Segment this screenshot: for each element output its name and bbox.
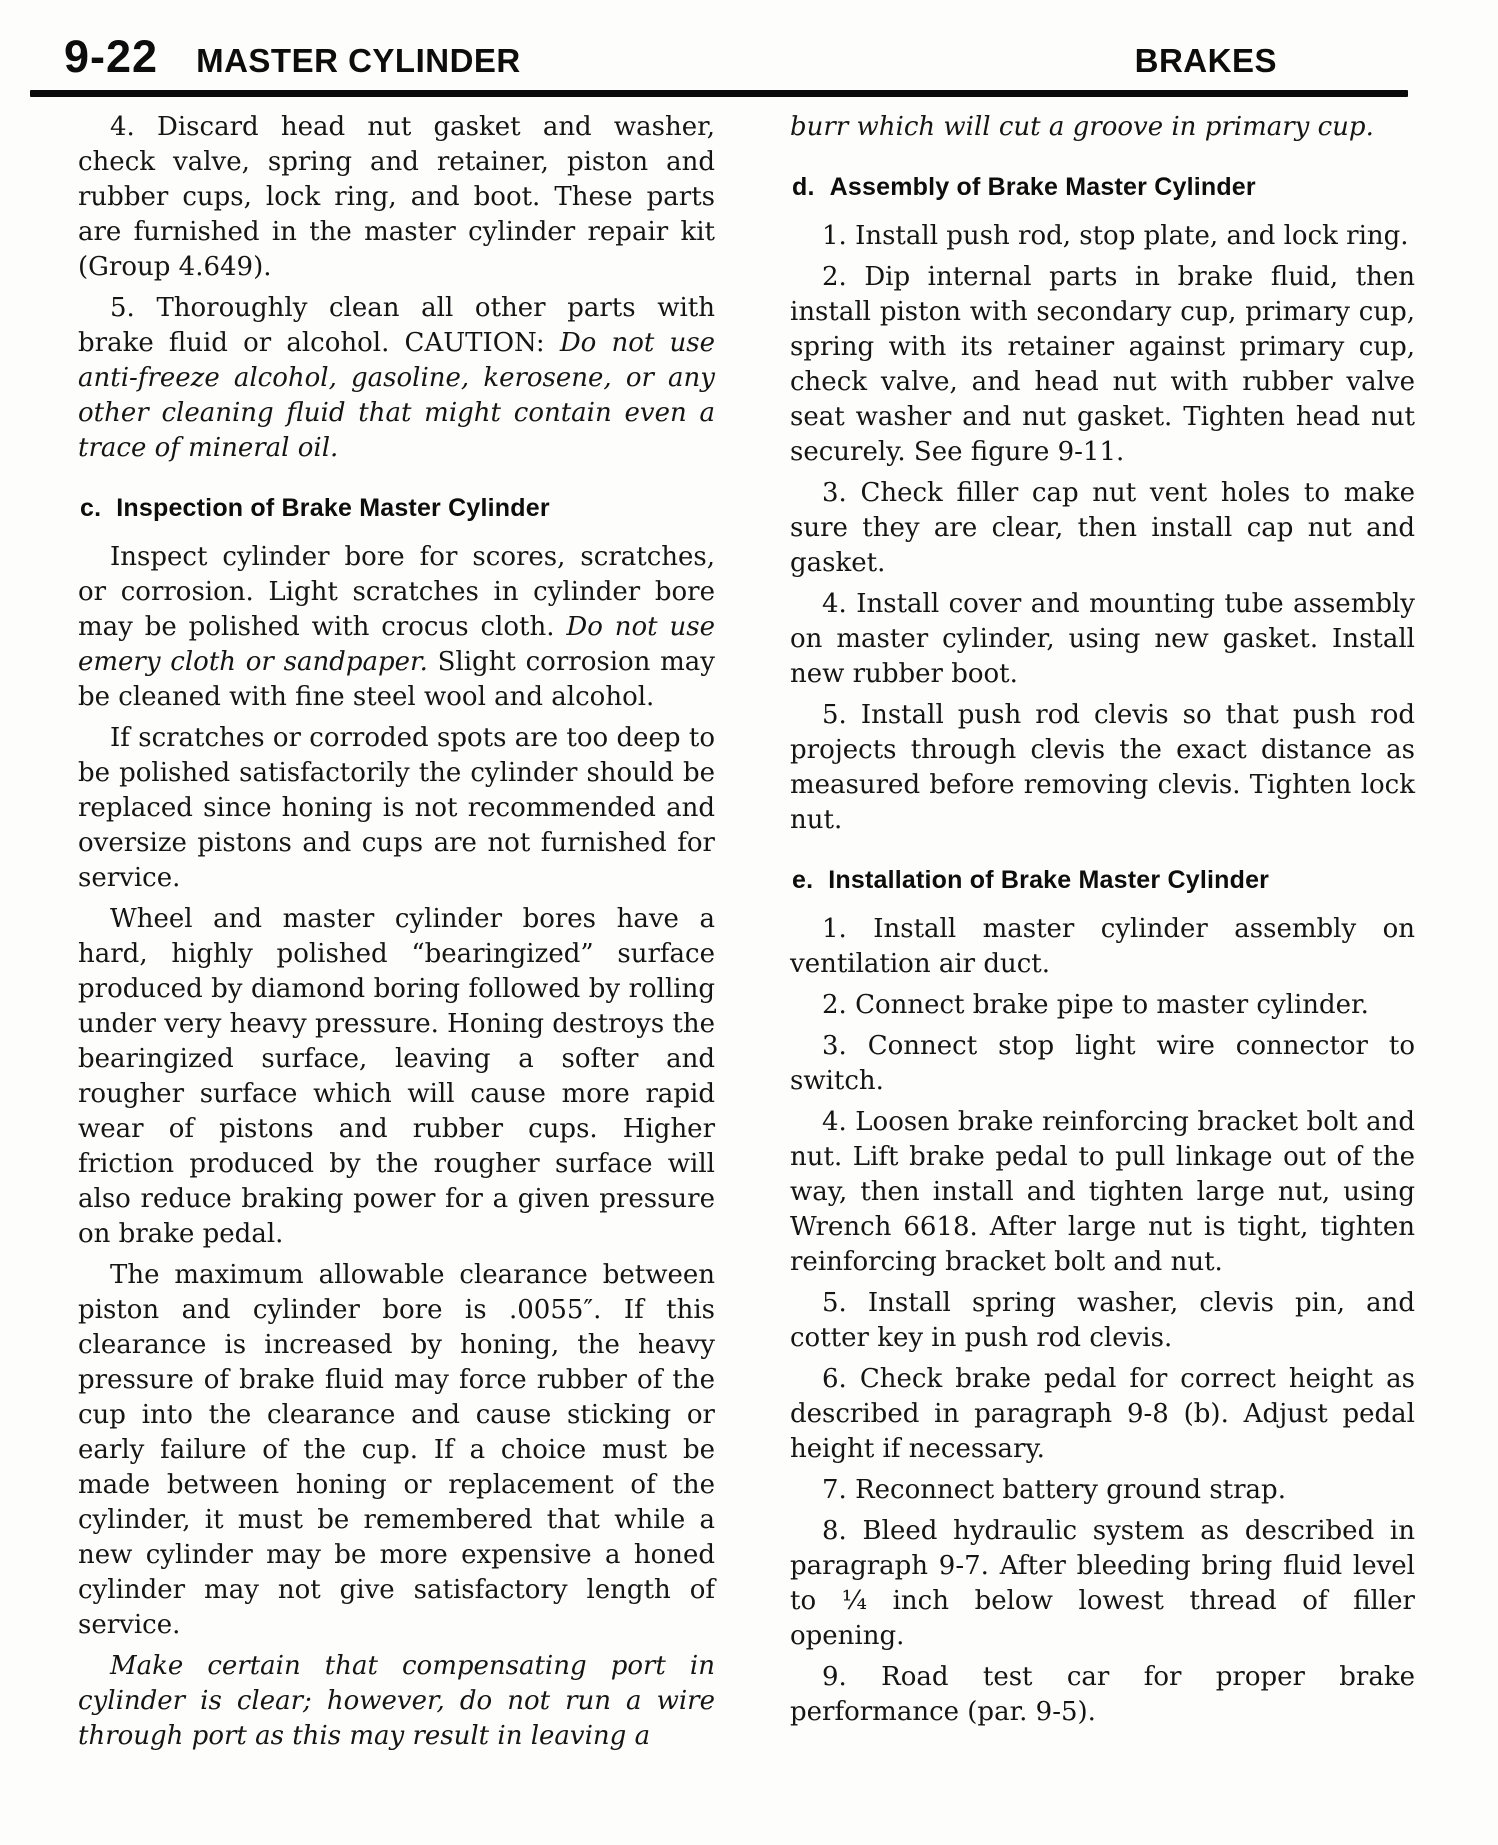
- heading-letter: e.: [792, 866, 813, 894]
- installation-step: 9. Road test car for proper brake perfor…: [790, 1660, 1415, 1730]
- assembly-step: 3. Check filler cap nut vent holes to ma…: [790, 476, 1415, 581]
- paragraph-text: 5. Install push rod clevis so that push …: [790, 700, 1415, 835]
- assembly-step: 2. Dip internal parts in brake fluid, th…: [790, 260, 1415, 470]
- installation-step: 1. Install master cylinder assembly on v…: [790, 912, 1415, 982]
- page-columns: 4. Discard head nut gasket and washer, c…: [0, 97, 1498, 1760]
- installation-step: 5. Install spring washer, clevis pin, an…: [790, 1286, 1415, 1356]
- heading-text: Installation of Brake Master Cylinder: [828, 866, 1269, 894]
- installation-step: 4. Loosen brake reinforcing bracket bolt…: [790, 1105, 1415, 1280]
- assembly-step: 1. Install push rod, stop plate, and loc…: [790, 219, 1415, 254]
- heading-letter: c.: [80, 494, 101, 522]
- heading-text: Assembly of Brake Master Cylinder: [830, 173, 1256, 201]
- clearance-paragraph: The maximum allowable clearance between …: [78, 1258, 715, 1643]
- paragraph-text: 7. Reconnect battery ground strap.: [822, 1475, 1286, 1505]
- left-column: 4. Discard head nut gasket and washer, c…: [78, 110, 715, 1760]
- paragraph-text: 1. Install push rod, stop plate, and loc…: [822, 221, 1409, 251]
- paragraph-text: 8. Bleed hydraulic system as described i…: [790, 1516, 1415, 1651]
- page-header: 9-22 MASTER CYLINDER BRAKES: [0, 0, 1498, 79]
- paragraph-text: Wheel and master cylinder bores have a h…: [78, 904, 715, 1249]
- step-paragraph-4: 4. Discard head nut gasket and washer, c…: [78, 110, 715, 285]
- step-paragraph-5: 5. Thoroughly clean all other parts with…: [78, 291, 715, 466]
- installation-step: 3. Connect stop light wire connector to …: [790, 1029, 1415, 1099]
- paragraph-text: 6. Check brake pedal for correct height …: [790, 1364, 1415, 1464]
- heading-inspection: c.Inspection of Brake Master Cylinder: [80, 492, 715, 525]
- inspection-paragraph: Inspect cylinder bore for scores, scratc…: [78, 540, 715, 715]
- installation-step: 2. Connect brake pipe to master cylinder…: [790, 988, 1415, 1023]
- paragraph-text: 2. Connect brake pipe to master cylinder…: [822, 990, 1369, 1020]
- paragraph-text: 4. Discard head nut gasket and washer, c…: [78, 112, 715, 282]
- page-number: 9-22: [64, 34, 158, 79]
- heading-assembly: d.Assembly of Brake Master Cylinder: [792, 171, 1415, 204]
- installation-step: 8. Bleed hydraulic system as described i…: [790, 1514, 1415, 1654]
- installation-step: 7. Reconnect battery ground strap.: [790, 1473, 1415, 1508]
- paragraph-text: 3. Check filler cap nut vent holes to ma…: [790, 478, 1415, 578]
- paragraph-text: 4. Loosen brake reinforcing bracket bolt…: [790, 1107, 1415, 1277]
- paragraph-text: 3. Connect stop light wire connector to …: [790, 1031, 1415, 1096]
- right-column: burr which will cut a groove in primary …: [790, 110, 1415, 1760]
- heading-installation: e.Installation of Brake Master Cylinder: [792, 864, 1415, 897]
- compensating-port-note: Make certain that compensating port in c…: [78, 1649, 715, 1754]
- burr-continuation-note: burr which will cut a groove in primary …: [790, 110, 1415, 145]
- heading-text: Inspection of Brake Master Cylinder: [116, 494, 550, 522]
- deep-scratches-paragraph: If scratches or corroded spots are too d…: [78, 721, 715, 896]
- paragraph-text: The maximum allowable clearance between …: [78, 1260, 715, 1640]
- installation-step: 6. Check brake pedal for correct height …: [790, 1362, 1415, 1467]
- section-title-right: BRAKES: [1135, 44, 1277, 77]
- assembly-step: 5. Install push rod clevis so that push …: [790, 698, 1415, 838]
- paragraph-text: 5. Install spring washer, clevis pin, an…: [790, 1288, 1415, 1353]
- bearingized-paragraph: Wheel and master cylinder bores have a h…: [78, 902, 715, 1252]
- heading-letter: d.: [792, 173, 815, 201]
- paragraph-text: 2. Dip internal parts in brake fluid, th…: [790, 262, 1415, 467]
- paragraph-text: burr which will cut a groove in primary …: [790, 112, 1374, 142]
- paragraph-text: 4. Install cover and mounting tube assem…: [790, 589, 1415, 689]
- paragraph-text: If scratches or corroded spots are too d…: [78, 723, 715, 893]
- paragraph-text: Make certain that compensating port in c…: [78, 1651, 715, 1751]
- manual-page: 9-22 MASTER CYLINDER BRAKES 4. Discard h…: [0, 0, 1498, 1845]
- paragraph-text: 1. Install master cylinder assembly on v…: [790, 914, 1415, 979]
- section-title-left: MASTER CYLINDER: [196, 44, 521, 77]
- assembly-step: 4. Install cover and mounting tube assem…: [790, 587, 1415, 692]
- paragraph-text: 9. Road test car for proper brake perfor…: [790, 1662, 1415, 1727]
- header-rule: [30, 90, 1408, 97]
